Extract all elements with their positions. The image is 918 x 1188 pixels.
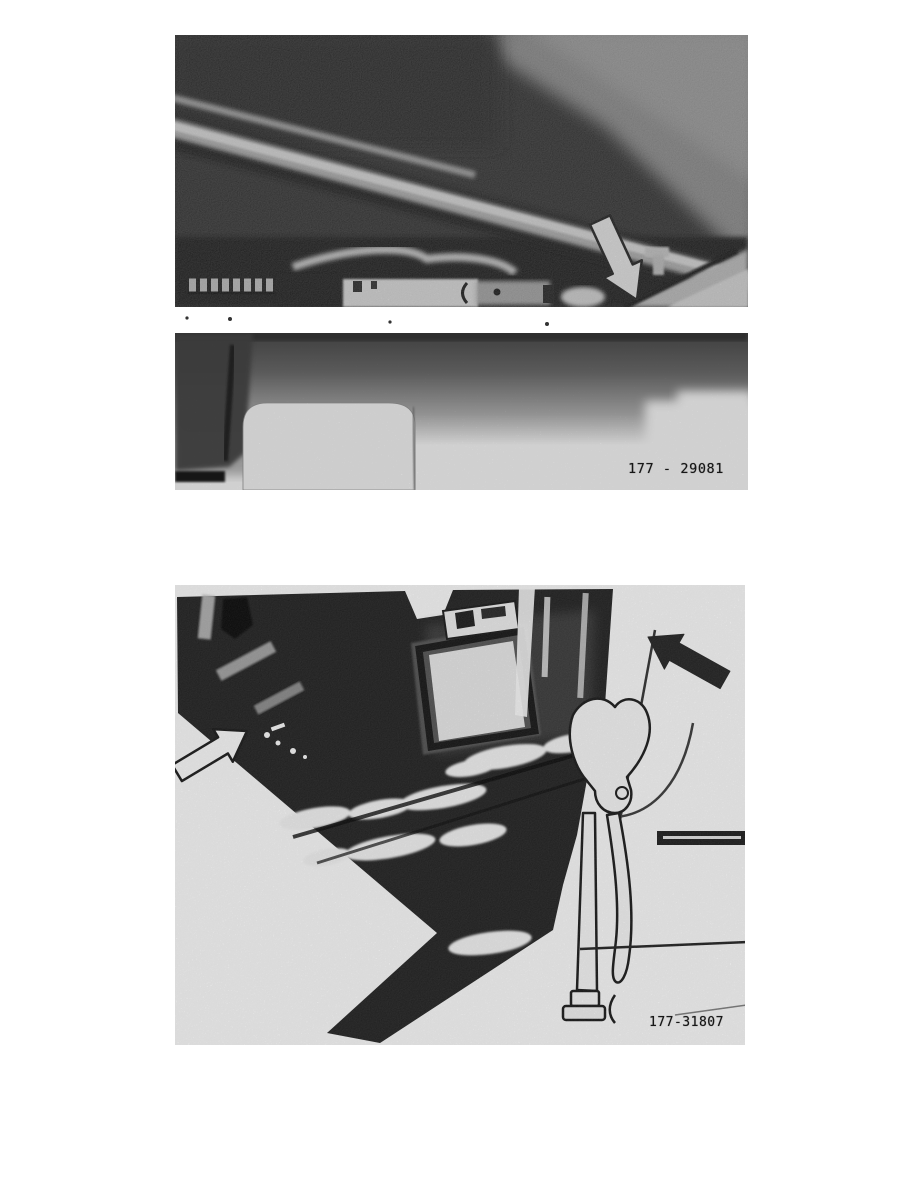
figure-sunroof-opening-photo: 177-31807 bbox=[175, 585, 745, 1045]
sunroof-rail-illustration bbox=[175, 35, 748, 490]
figure-label-1: 177 - 29081 bbox=[628, 461, 724, 477]
figure-sunroof-rail-photo: 177 - 29081 bbox=[175, 35, 748, 490]
upper-photo-section bbox=[175, 35, 748, 307]
scan-specks bbox=[185, 316, 549, 326]
sunroof-opening-illustration bbox=[175, 585, 745, 1045]
grain-texture-light bbox=[175, 585, 745, 1045]
figure-label-2: 177-31807 bbox=[649, 1015, 724, 1030]
manual-page: 177 - 29081 bbox=[0, 0, 918, 1188]
grain-texture-light bbox=[175, 35, 748, 307]
